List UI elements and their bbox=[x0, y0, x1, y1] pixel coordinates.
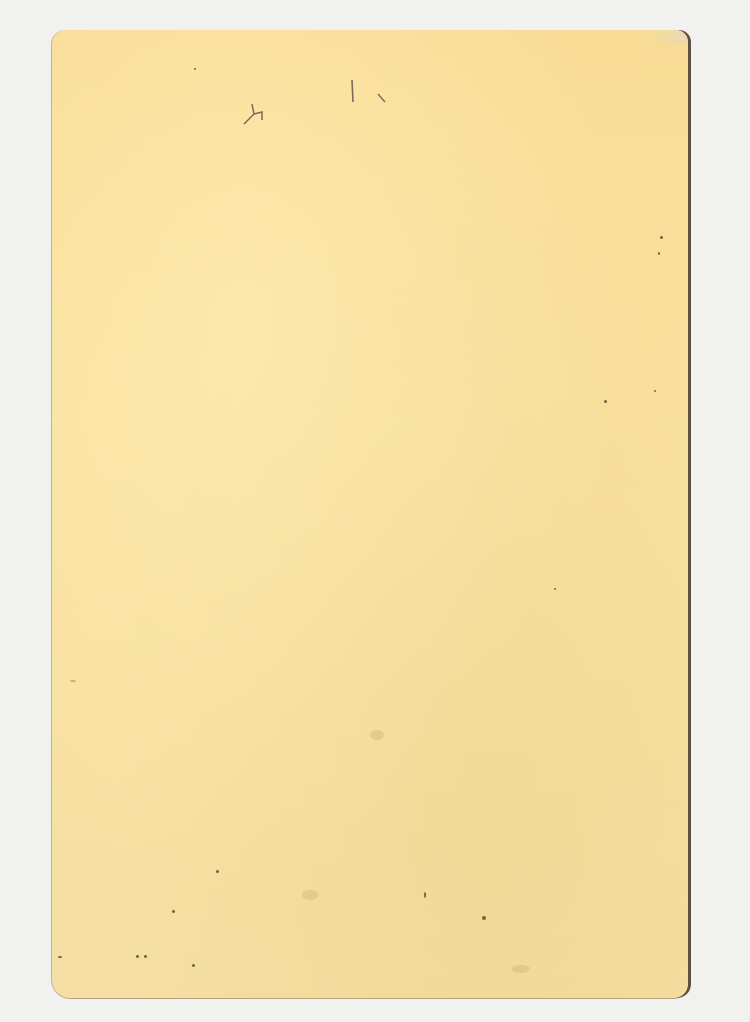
stain bbox=[512, 965, 530, 973]
speck bbox=[424, 892, 426, 898]
speck bbox=[70, 680, 76, 682]
stain bbox=[302, 890, 318, 900]
speck bbox=[482, 916, 486, 920]
speck bbox=[658, 252, 660, 255]
speck bbox=[660, 236, 663, 239]
speck bbox=[136, 955, 139, 958]
pencil-mark-dash bbox=[376, 92, 388, 106]
speck bbox=[216, 870, 219, 873]
speck bbox=[194, 68, 196, 70]
speck bbox=[604, 400, 607, 403]
corner-wear bbox=[648, 30, 688, 44]
speck bbox=[554, 588, 556, 590]
speck bbox=[192, 964, 195, 967]
pencil-mark-stroke bbox=[348, 78, 358, 108]
speck bbox=[144, 955, 147, 958]
pencil-mark-k bbox=[240, 98, 270, 128]
speck bbox=[654, 390, 656, 392]
stain bbox=[370, 730, 384, 740]
cabinet-card-back bbox=[52, 30, 688, 998]
speck bbox=[58, 956, 62, 958]
speck bbox=[172, 910, 175, 913]
